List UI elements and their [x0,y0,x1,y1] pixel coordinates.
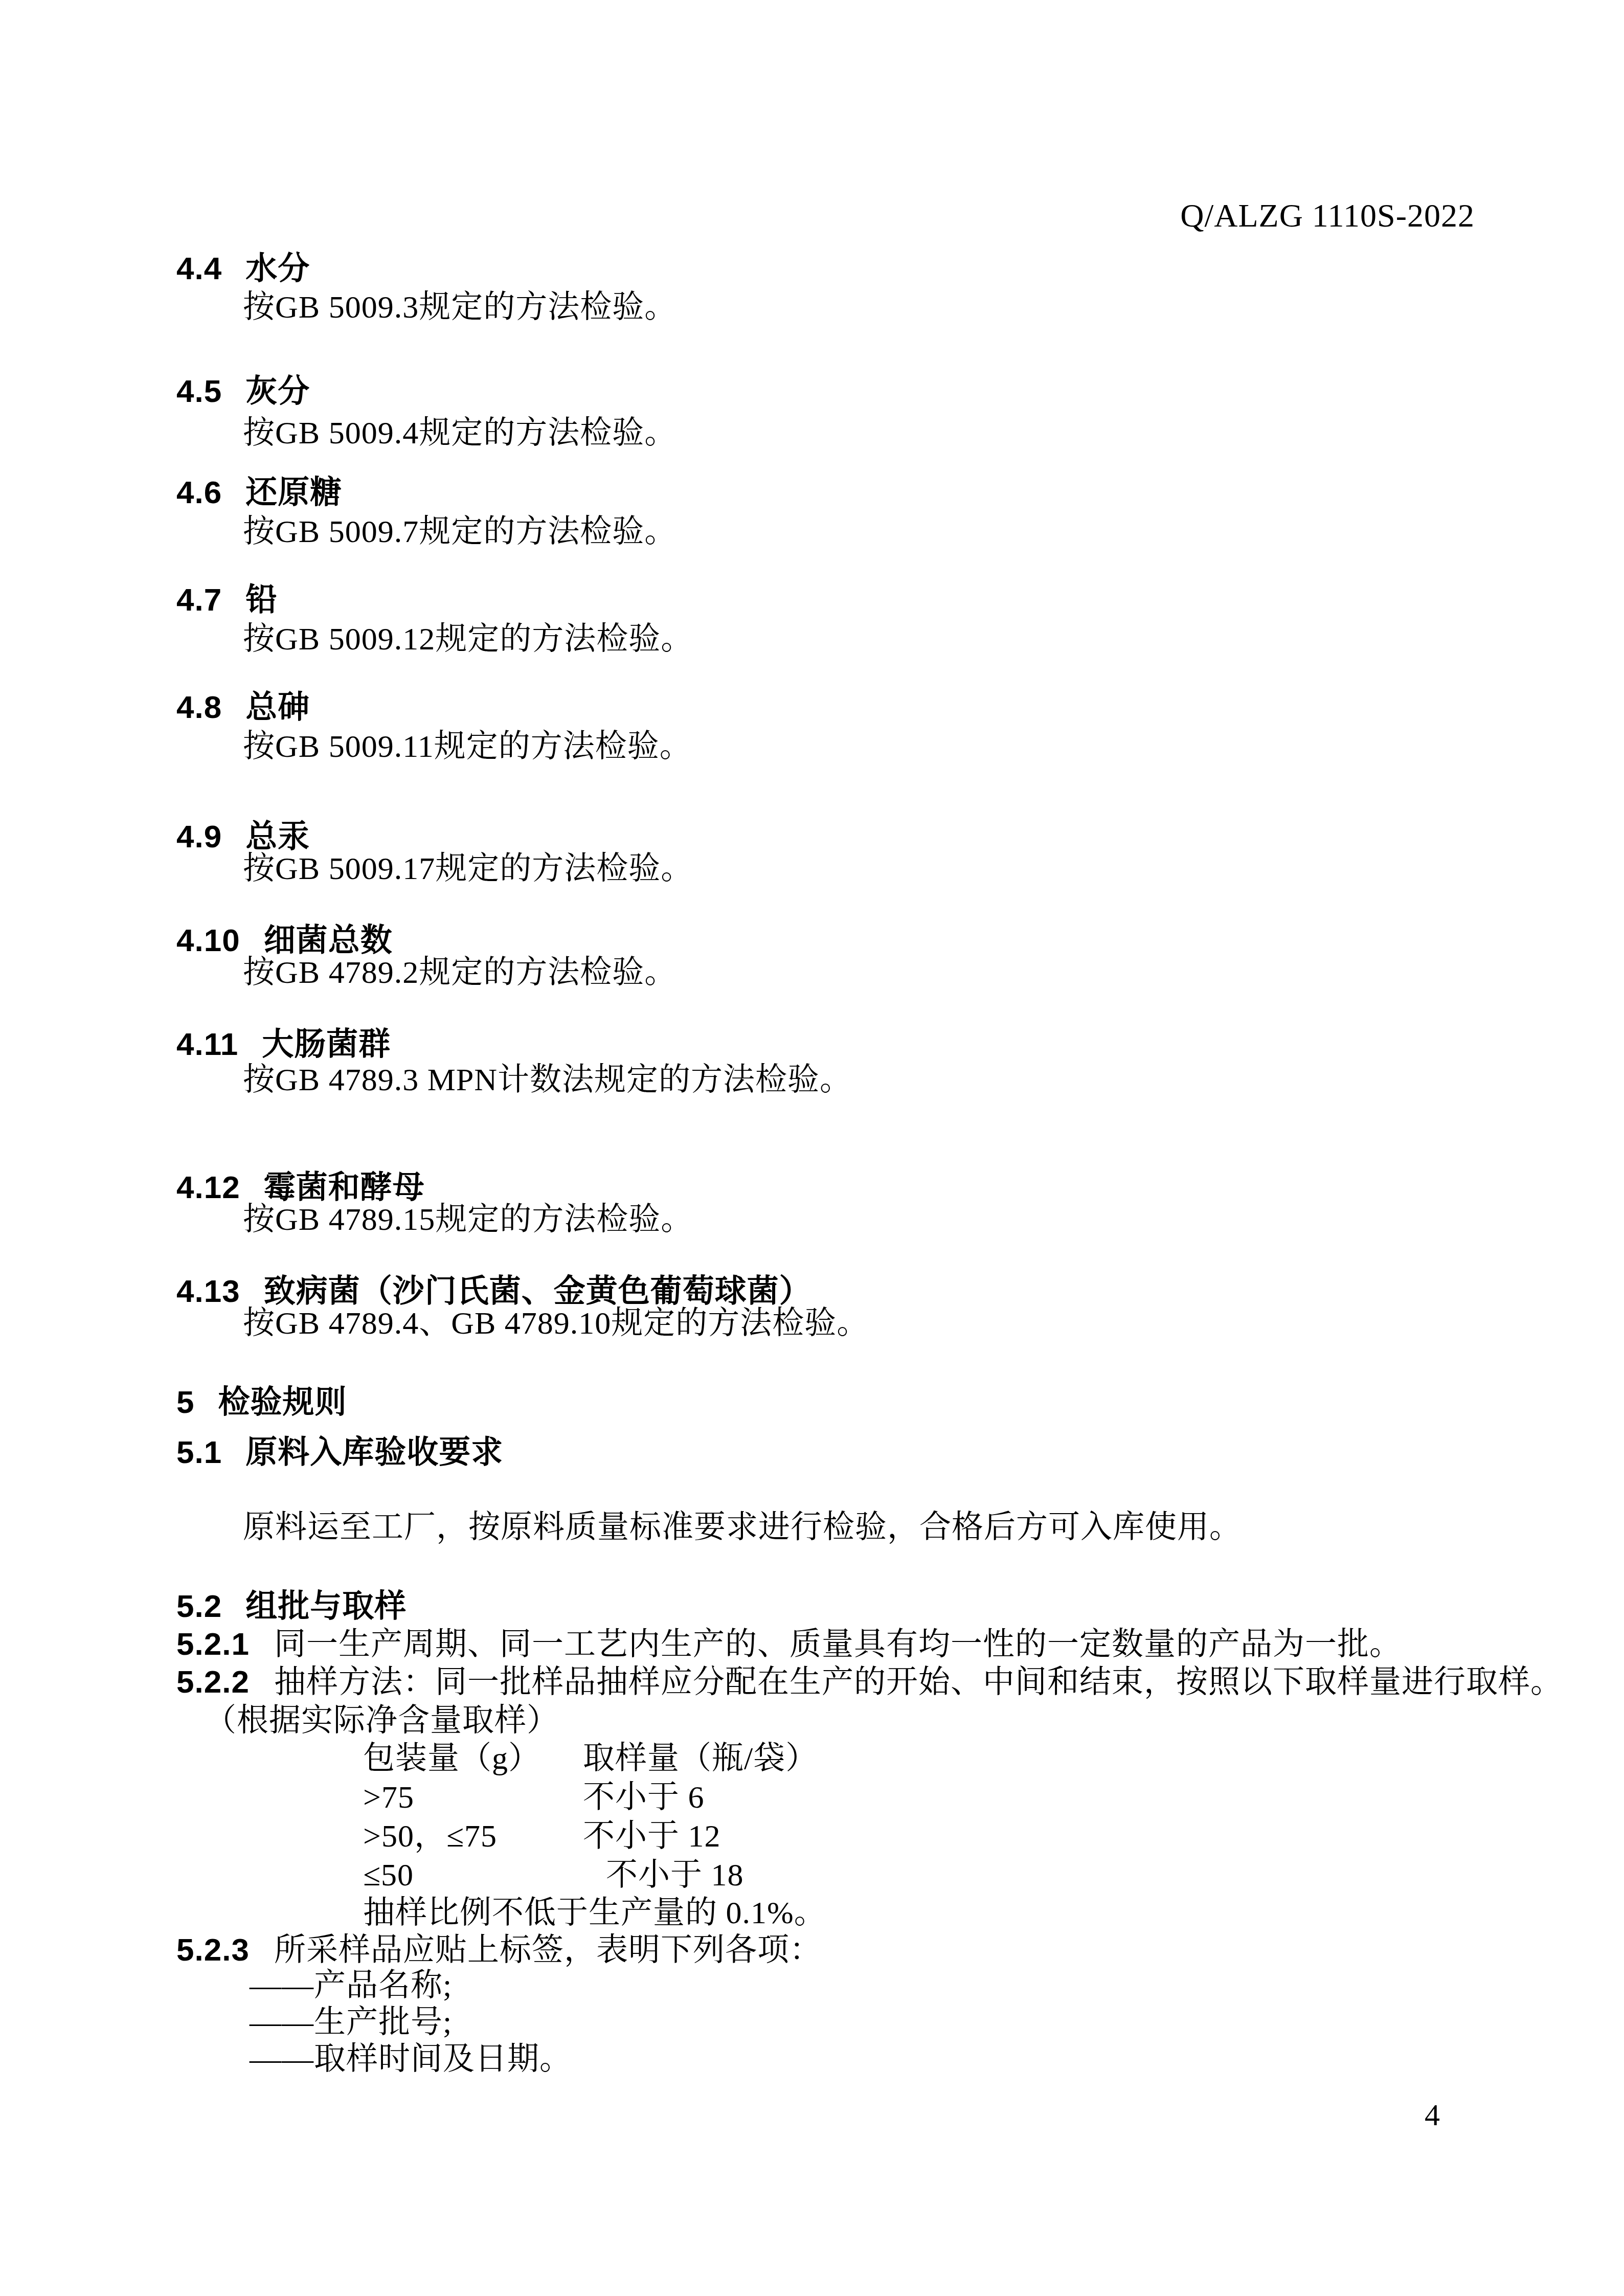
clause-number: 5.2.3 [176,1932,250,1968]
section-number: 4.7 [176,582,222,618]
section-number: 4.4 [176,251,222,286]
section-title: 水分 [245,251,310,286]
section-4-7-heading: 4.7铅 [176,582,278,618]
section-number: 4.12 [176,1170,240,1205]
sample-qty: 不小于 18 [606,1858,744,1893]
section-4-10-heading: 4.10细菌总数 [176,922,393,959]
section-title: 总汞 [245,819,310,854]
package-qty: >75 [363,1780,583,1816]
clause-number: 5.2.1 [176,1627,250,1662]
label-item-product-name: ——产品名称; [250,1968,452,2004]
section-4-10-body: 按GB 4789.2规定的方法检验。 [243,955,676,991]
section-4-9-heading: 4.9总汞 [176,819,310,855]
section-title: 总砷 [245,690,310,725]
section-title: 原料入库验收要求 [245,1435,503,1470]
clause-5-2-3: 5.2.3所采样品应贴上标签，表明下列各项： [176,1932,822,1969]
section-number: 4.11 [176,1027,238,1062]
section-4-8-body: 按GB 5009.11规定的方法检验。 [243,729,692,765]
section-number: 4.13 [176,1274,240,1309]
section-5-2-heading: 5.2组批与取样 [176,1588,407,1625]
section-4-12-body: 按GB 4789.15规定的方法检验。 [243,1202,693,1238]
section-number: 4.9 [176,819,222,854]
clause-text: 所采样品应贴上标签，表明下列各项： [274,1933,822,1968]
section-4-13-heading: 4.13致病菌（沙门氏菌、金黄色葡萄球菌） [176,1273,811,1310]
sampling-table-row: >50，≤75不小于 12 [363,1818,721,1855]
sample-qty: 不小于 6 [583,1780,705,1815]
section-number: 5.1 [176,1435,222,1470]
sampling-table-header: 包装量（g）取样量（瓶/袋） [363,1741,818,1777]
sampling-table-row: ≤50不小于 18 [363,1857,744,1894]
section-number: 5 [176,1385,194,1420]
standard-number: Q/ALZG 1110S-2022 [1180,197,1475,235]
section-number: 4.10 [176,923,240,958]
section-4-5-heading: 4.5灰分 [176,373,310,410]
section-number: 5.2 [176,1589,222,1624]
clause-number: 5.2.2 [176,1664,250,1700]
col-sample-qty-header: 取样量（瓶/袋） [583,1741,818,1776]
section-number: 4.6 [176,475,222,510]
section-title: 大肠菌群 [262,1027,391,1062]
section-title: 灰分 [245,374,310,409]
clause-text: 抽样方法：同一批样品抽样应分配在生产的开始、中间和结束，按照以下取样量进行取样。 [274,1665,1563,1700]
section-4-9-body: 按GB 5009.17规定的方法检验。 [243,851,693,887]
col-package-qty-header: 包装量（g） [363,1741,583,1777]
sampling-ratio-note: 抽样比例不低于生产量的 0.1%。 [363,1895,826,1931]
package-qty: ≤50 [363,1857,606,1894]
section-4-5-body: 按GB 5009.4规定的方法检验。 [243,415,676,452]
section-4-11-body: 按GB 4789.3 MPN计数法规定的方法检验。 [243,1062,852,1098]
clause-5-2-2: 5.2.2抽样方法：同一批样品抽样应分配在生产的开始、中间和结束，按照以下取样量… [176,1664,1563,1701]
section-title: 检验规则 [218,1385,347,1420]
section-4-7-body: 按GB 5009.12规定的方法检验。 [243,621,693,658]
net-content-note: （根据实际净含量取样） [205,1703,559,1739]
section-5-1-body: 原料运至工厂，按原料质量标准要求进行检验，合格后方可入库使用。 [243,1510,1242,1546]
section-4-11-heading: 4.11大肠菌群 [176,1026,391,1063]
section-4-6-body: 按GB 5009.7规定的方法检验。 [243,514,676,550]
package-qty: >50，≤75 [363,1818,583,1855]
section-title: 霉菌和酵母 [264,1170,425,1205]
section-title: 还原糖 [245,475,342,510]
section-4-13-body: 按GB 4789.4、GB 4789.10规定的方法检验。 [243,1305,869,1342]
section-4-12-heading: 4.12霉菌和酵母 [176,1169,425,1206]
label-item-batch-number: ——生产批号; [250,2005,452,2041]
document-page: Q/ALZG 1110S-2022 4.4水分 按GB 5009.3规定的方法检… [0,0,1624,2296]
section-title: 组批与取样 [245,1589,407,1624]
chapter-5-heading: 5检验规则 [176,1384,347,1421]
section-4-6-heading: 4.6还原糖 [176,475,342,511]
section-title: 铅 [245,582,278,618]
section-5-1-heading: 5.1原料入库验收要求 [176,1434,503,1471]
page-number: 4 [1425,2098,1440,2133]
sampling-table-row: >75不小于 6 [363,1780,705,1816]
section-title: 致病菌（沙门氏菌、金黄色葡萄球菌） [264,1274,811,1309]
section-number: 4.8 [176,690,222,725]
section-4-4-heading: 4.4水分 [176,251,310,287]
clause-5-2-1: 5.2.1同一生产周期、同一工艺内生产的、质量具有均一性的一定数量的产品为一批。 [176,1626,1402,1663]
clause-text: 同一生产周期、同一工艺内生产的、质量具有均一性的一定数量的产品为一批。 [274,1627,1402,1662]
section-number: 4.5 [176,374,222,409]
sample-qty: 不小于 12 [583,1819,721,1854]
label-item-sampling-time: ——取样时间及日期。 [250,2041,572,2078]
section-4-4-body: 按GB 5009.3规定的方法检验。 [243,289,676,326]
section-title: 细菌总数 [264,923,393,958]
section-4-8-heading: 4.8总砷 [176,689,310,726]
